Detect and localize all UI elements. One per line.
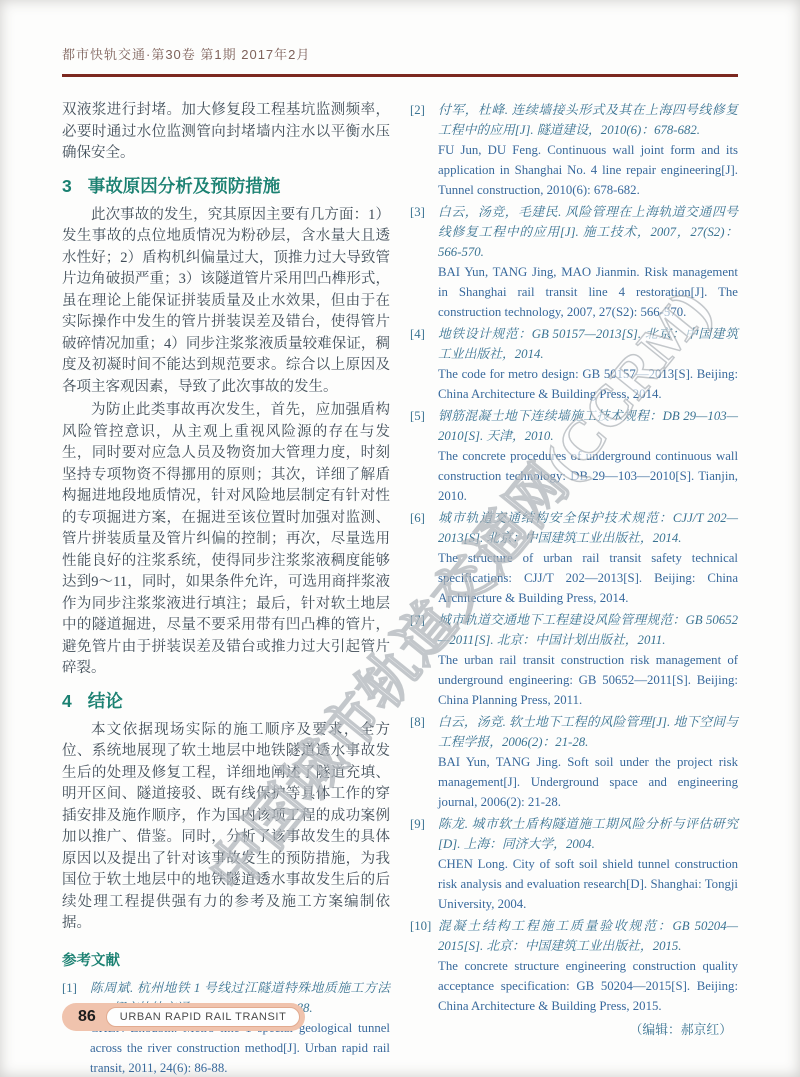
page-number: 86 xyxy=(78,1008,96,1026)
reference-item-5: [5] 钢筋混凝土地下连续墙施工技术规程：DB 29—103—2010[S]. … xyxy=(410,406,738,506)
reference-en: The code for metro design: GB 50157—2013… xyxy=(438,364,738,404)
reference-item-7: [7] 城市轨道交通地下工程建设风险管理规范：GB 50652—2011[S].… xyxy=(410,610,738,710)
reference-zh: 陈龙. 城市软土盾构隧道施工期风险分析与评估研究[D]. 上海：同济大学，200… xyxy=(438,814,738,854)
reference-label: [9] xyxy=(410,814,425,834)
reference-en: BAI Yun, TANG Jing, MAO Jianmin. Risk ma… xyxy=(438,262,738,322)
section-4-paragraph: 本文依据现场实际的施工顺序及要求，全方位、系统地展现了软土地层中地铁隧道透水事故… xyxy=(62,720,390,935)
header-rule xyxy=(62,74,738,77)
reference-item-3: [3] 白云，汤竞，毛建民. 风险管理在上海轨道交通四号线修复工程中的应用[J]… xyxy=(410,202,738,322)
references-title: 参考文献 xyxy=(62,949,390,970)
reference-zh: 城市轨道交通结构安全保护技术规范：CJJ/T 202—2013[S]. 北京：中… xyxy=(438,508,738,548)
reference-label: [6] xyxy=(410,508,425,528)
section-4-title: 结论 xyxy=(88,691,123,711)
reference-label: [8] xyxy=(410,712,425,732)
page-footer: 86 URBAN RAPID RAIL TRANSIT xyxy=(62,1003,305,1031)
reference-en: FU Jun, DU Feng. Continuous wall joint f… xyxy=(438,140,738,200)
reference-en: The structure of urban rail transit safe… xyxy=(438,548,738,608)
reference-item-8: [8] 白云，汤竞. 软土地下工程的风险管理[J]. 地下空间与工程学报，200… xyxy=(410,712,738,812)
reference-zh: 白云，汤竞. 软土地下工程的风险管理[J]. 地下空间与工程学报，2006(2)… xyxy=(438,712,738,752)
editor-note: （编辑：郝京红） xyxy=(410,1020,738,1040)
reference-label: [2] xyxy=(410,100,425,120)
reference-label: [3] xyxy=(410,202,425,222)
reference-item-10: [10] 混凝土结构工程施工质量验收规范：GB 50204—2015[S]. 北… xyxy=(410,916,738,1016)
section-4-number: 4 xyxy=(62,691,72,711)
reference-zh: 地铁设计规范：GB 50157—2013[S]. 北京：中国建筑工业出版社，20… xyxy=(438,324,738,364)
reference-label: [4] xyxy=(410,324,425,344)
reference-item-2: [2] 付军，杜峰. 连续墙接头形式及其在上海四号线修复工程中的应用[J]. 隧… xyxy=(410,100,738,200)
reference-label: [1] xyxy=(62,978,77,998)
section-3-paragraph-1: 此次事故的发生，究其原因主要有几方面：1）发生事故的点位地质情况为粉砂层，含水量… xyxy=(62,205,390,399)
reference-en: The concrete structure engineering const… xyxy=(438,956,738,1016)
journal-header: 都市快轨交通·第30卷 第1期 2017年2月 xyxy=(62,44,738,63)
reference-label: [5] xyxy=(410,406,425,426)
reference-en: The urban rail transit construction risk… xyxy=(438,650,738,710)
section-3-title: 事故原因分析及预防措施 xyxy=(88,176,281,196)
reference-label: [10] xyxy=(410,916,431,936)
section-3-number: 3 xyxy=(62,176,72,196)
reference-label: [7] xyxy=(410,610,425,630)
reference-zh: 付军，杜峰. 连续墙接头形式及其在上海四号线修复工程中的应用[J]. 隧道建设，… xyxy=(438,100,738,140)
section-3-heading: 3事故原因分析及预防措施 xyxy=(62,173,390,199)
reference-zh: 城市轨道交通地下工程建设风险管理规范：GB 50652—2011[S]. 北京：… xyxy=(438,610,738,650)
reference-item-6: [6] 城市轨道交通结构安全保护技术规范：CJJ/T 202—2013[S]. … xyxy=(410,508,738,608)
scanned-paper-page: 都市快轨交通·第30卷 第1期 2017年2月 中国城市轨道交通网(CCRM) … xyxy=(0,0,800,1077)
reference-item-9: [9] 陈龙. 城市软土盾构隧道施工期风险分析与评估研究[D]. 上海：同济大学… xyxy=(410,814,738,914)
reference-zh: 白云，汤竞，毛建民. 风险管理在上海轨道交通四号线修复工程中的应用[J]. 施工… xyxy=(438,202,738,262)
section-3-paragraph-2: 为防止此类事故再次发生，首先，应加强盾构风险管控意识，从主观上重视风险源的存在与… xyxy=(62,400,390,680)
reference-zh: 混凝土结构工程施工质量验收规范：GB 50204—2015[S]. 北京：中国建… xyxy=(438,916,738,956)
reference-en: The concrete procedures of underground c… xyxy=(438,446,738,506)
continuation-paragraph: 双液浆进行封堵。加大修复段工程基坑监测频率，必要时通过水位监测管向封堵墙内注水以… xyxy=(62,100,390,165)
reference-zh: 钢筋混凝土地下连续墙施工技术规程：DB 29—103—2010[S]. 天津，2… xyxy=(438,406,738,446)
right-column: [2] 付军，杜峰. 连续墙接头形式及其在上海四号线修复工程中的应用[J]. 隧… xyxy=(410,100,738,1040)
left-column: 双液浆进行封堵。加大修复段工程基坑监测频率，必要时通过水位监测管向封堵墙内注水以… xyxy=(62,100,390,1077)
footer-badge: 86 URBAN RAPID RAIL TRANSIT xyxy=(62,1003,305,1031)
reference-item-4: [4] 地铁设计规范：GB 50157—2013[S]. 北京：中国建筑工业出版… xyxy=(410,324,738,404)
reference-en: CHEN Long. City of soft soil shield tunn… xyxy=(438,854,738,914)
reference-en: BAI Yun, TANG Jing. Soft soil under the … xyxy=(438,752,738,812)
section-4-heading: 4结论 xyxy=(62,688,390,714)
journal-name-en: URBAN RAPID RAIL TRANSIT xyxy=(106,1007,301,1027)
